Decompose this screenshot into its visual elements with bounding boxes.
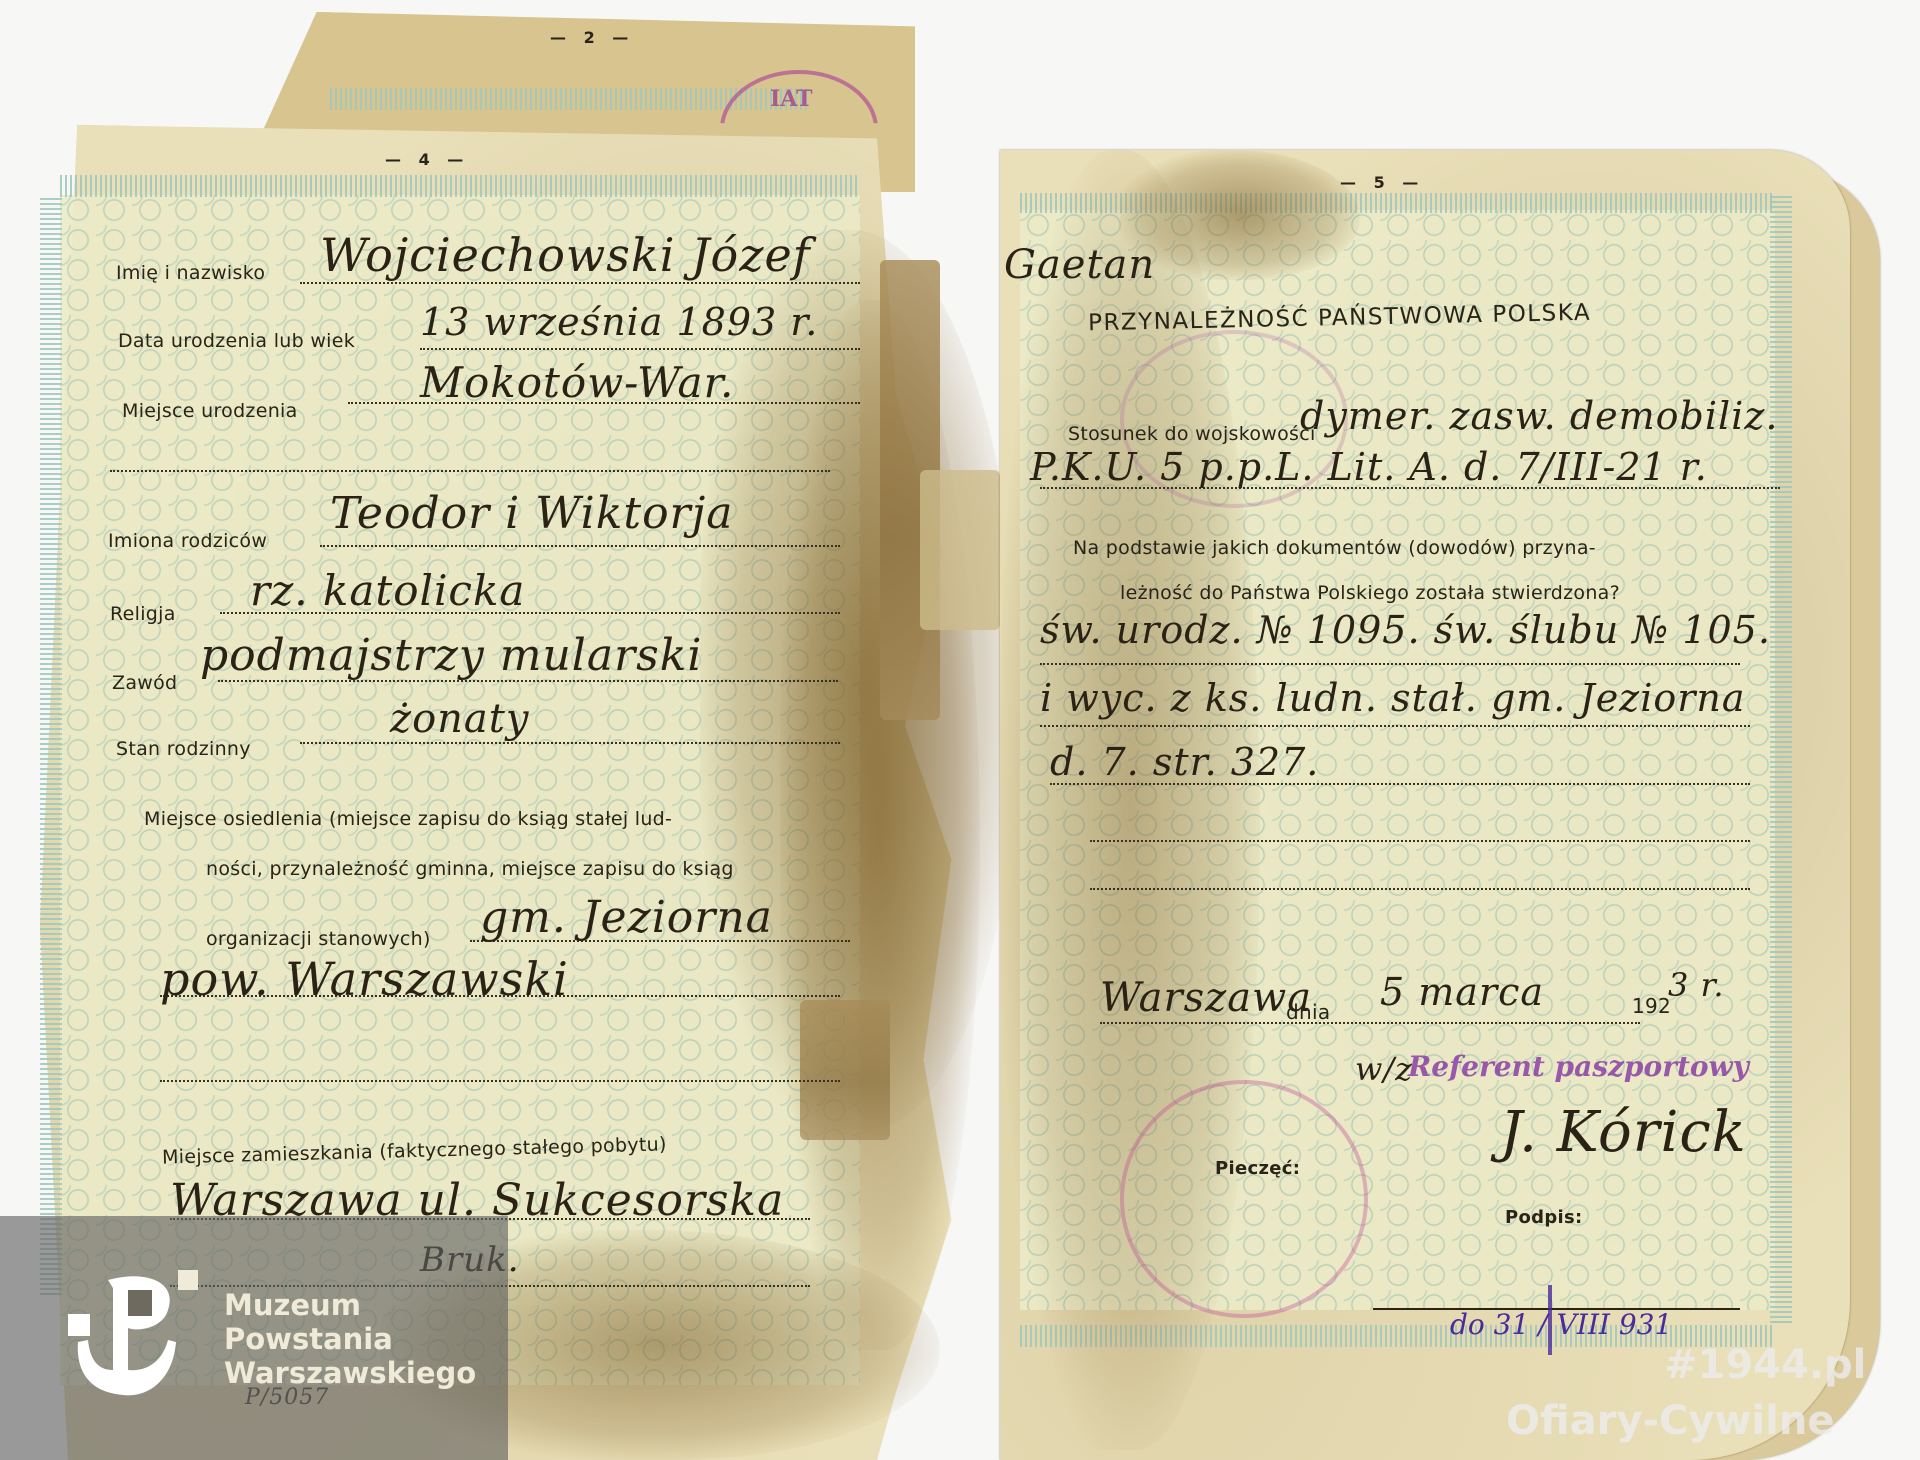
- validity-stroke: [1548, 1285, 1552, 1355]
- signature-label: Podpis:: [1505, 1207, 1583, 1228]
- round-stamp-faded: [1120, 1080, 1368, 1318]
- line-issue: [1100, 1022, 1640, 1024]
- label-birth-date: Data urodzenia lub wiek: [118, 330, 355, 352]
- value-settlement-1: gm. Jeziorna: [480, 892, 773, 943]
- label-settlement-1: Miejsce osiedlenia (miejsce zapisu do ks…: [144, 808, 672, 830]
- museum-line-1: Muzeum: [224, 1288, 476, 1322]
- question-line-1: Na podstawie jakich dokumentów (dowodów)…: [1073, 537, 1596, 559]
- officer-initials: w/z: [1355, 1050, 1413, 1088]
- label-occupation: Zawód: [112, 672, 177, 694]
- answer-line-2: i wyc. z ks. ludn. stał. gm. Jeziorna: [1040, 676, 1746, 720]
- top-stamp-text: IAT: [770, 86, 813, 112]
- line-answer-2: [1040, 725, 1750, 727]
- water-stain: [1120, 150, 1360, 280]
- name-continuation: Gaetan: [1004, 242, 1155, 288]
- label-birth-place: Miejsce urodzenia: [122, 400, 298, 422]
- gauze-patch: [920, 470, 1000, 630]
- museum-line-2: Powstania: [224, 1322, 476, 1356]
- officer-signature: J. Kórick: [1500, 1100, 1747, 1165]
- page-2-number: — 2 —: [550, 28, 634, 47]
- line-birth-date: [420, 348, 860, 350]
- line-marital-status: [300, 742, 840, 744]
- label-settlement-2: ności, przynależność gminna, miejsce zap…: [206, 858, 734, 880]
- stamp-label: Pieczęć:: [1215, 1158, 1300, 1179]
- label-marital-status: Stan rodzinny: [116, 738, 251, 760]
- question-line-2: leżność do Państwa Polskiego została stw…: [1120, 582, 1620, 604]
- value-occupation: podmajstrzy mularski: [200, 630, 702, 681]
- label-military: Stosunek do wojskowości: [1068, 423, 1316, 445]
- line-parents: [320, 545, 840, 547]
- page-5-right-band: [1770, 193, 1792, 1323]
- line-blank: [160, 1080, 840, 1082]
- issue-year-suffix: 3 r.: [1668, 966, 1724, 1004]
- answer-line-1: św. urodz. № 1095. św. ślubu № 105.: [1040, 608, 1771, 652]
- page-5-number: — 5 —: [1340, 173, 1424, 192]
- label-name: Imię i nazwisko: [116, 262, 265, 284]
- value-religion: rz. katolicka: [250, 566, 525, 615]
- value-military-1: dymer. zasw. demobiliz.: [1300, 394, 1778, 438]
- value-marital-status: żonaty: [390, 696, 529, 742]
- page-4-top-band: [60, 175, 860, 197]
- torn-fold: [800, 1000, 890, 1140]
- issue-day-value: 5 marca: [1380, 970, 1544, 1014]
- page-4-number: — 4 —: [385, 150, 469, 169]
- value-birth-place: Mokotów-War.: [420, 358, 734, 407]
- issue-place: Warszawa: [1100, 975, 1312, 1021]
- page-4-left-band: [40, 195, 62, 1295]
- value-military-2: P.K.U. 5 p.p.L. Lit. A. d. 7/III-21 r.: [1030, 445, 1708, 489]
- line-name: [300, 282, 860, 284]
- answer-line-3: d. 7. str. 327.: [1050, 740, 1319, 784]
- line-blank: [110, 470, 830, 472]
- label-religion: Religja: [110, 603, 176, 625]
- issue-year-prefix: 192: [1632, 994, 1671, 1018]
- museum-name: Muzeum Powstania Warszawskiego: [224, 1288, 476, 1390]
- line-blank: [1090, 888, 1750, 890]
- label-parents: Imiona rodziców: [108, 530, 267, 552]
- line-answer-1: [1040, 663, 1740, 665]
- officer-stamp: Referent paszportowy: [1408, 1050, 1749, 1083]
- value-settlement-2: pow. Warszawski: [160, 952, 569, 1006]
- value-birth-date: 13 września 1893 r.: [420, 300, 818, 344]
- issue-day-label: dnia: [1286, 1000, 1330, 1024]
- value-name: Wojciechowski Józef: [320, 228, 811, 282]
- kotwica-anchor-icon: [68, 1270, 198, 1400]
- validity-note: do 31 / VIII 931: [1450, 1308, 1672, 1341]
- project-watermark: Ofiary-Cywilne: [1506, 1398, 1834, 1444]
- site-watermark: #1944.pl: [1664, 1342, 1866, 1388]
- label-settlement-3: organizacji stanowych): [206, 928, 431, 950]
- value-parents: Teodor i Wiktorja: [330, 488, 733, 539]
- museum-line-3: Warszawskiego: [224, 1356, 476, 1390]
- line-blank: [1090, 840, 1750, 842]
